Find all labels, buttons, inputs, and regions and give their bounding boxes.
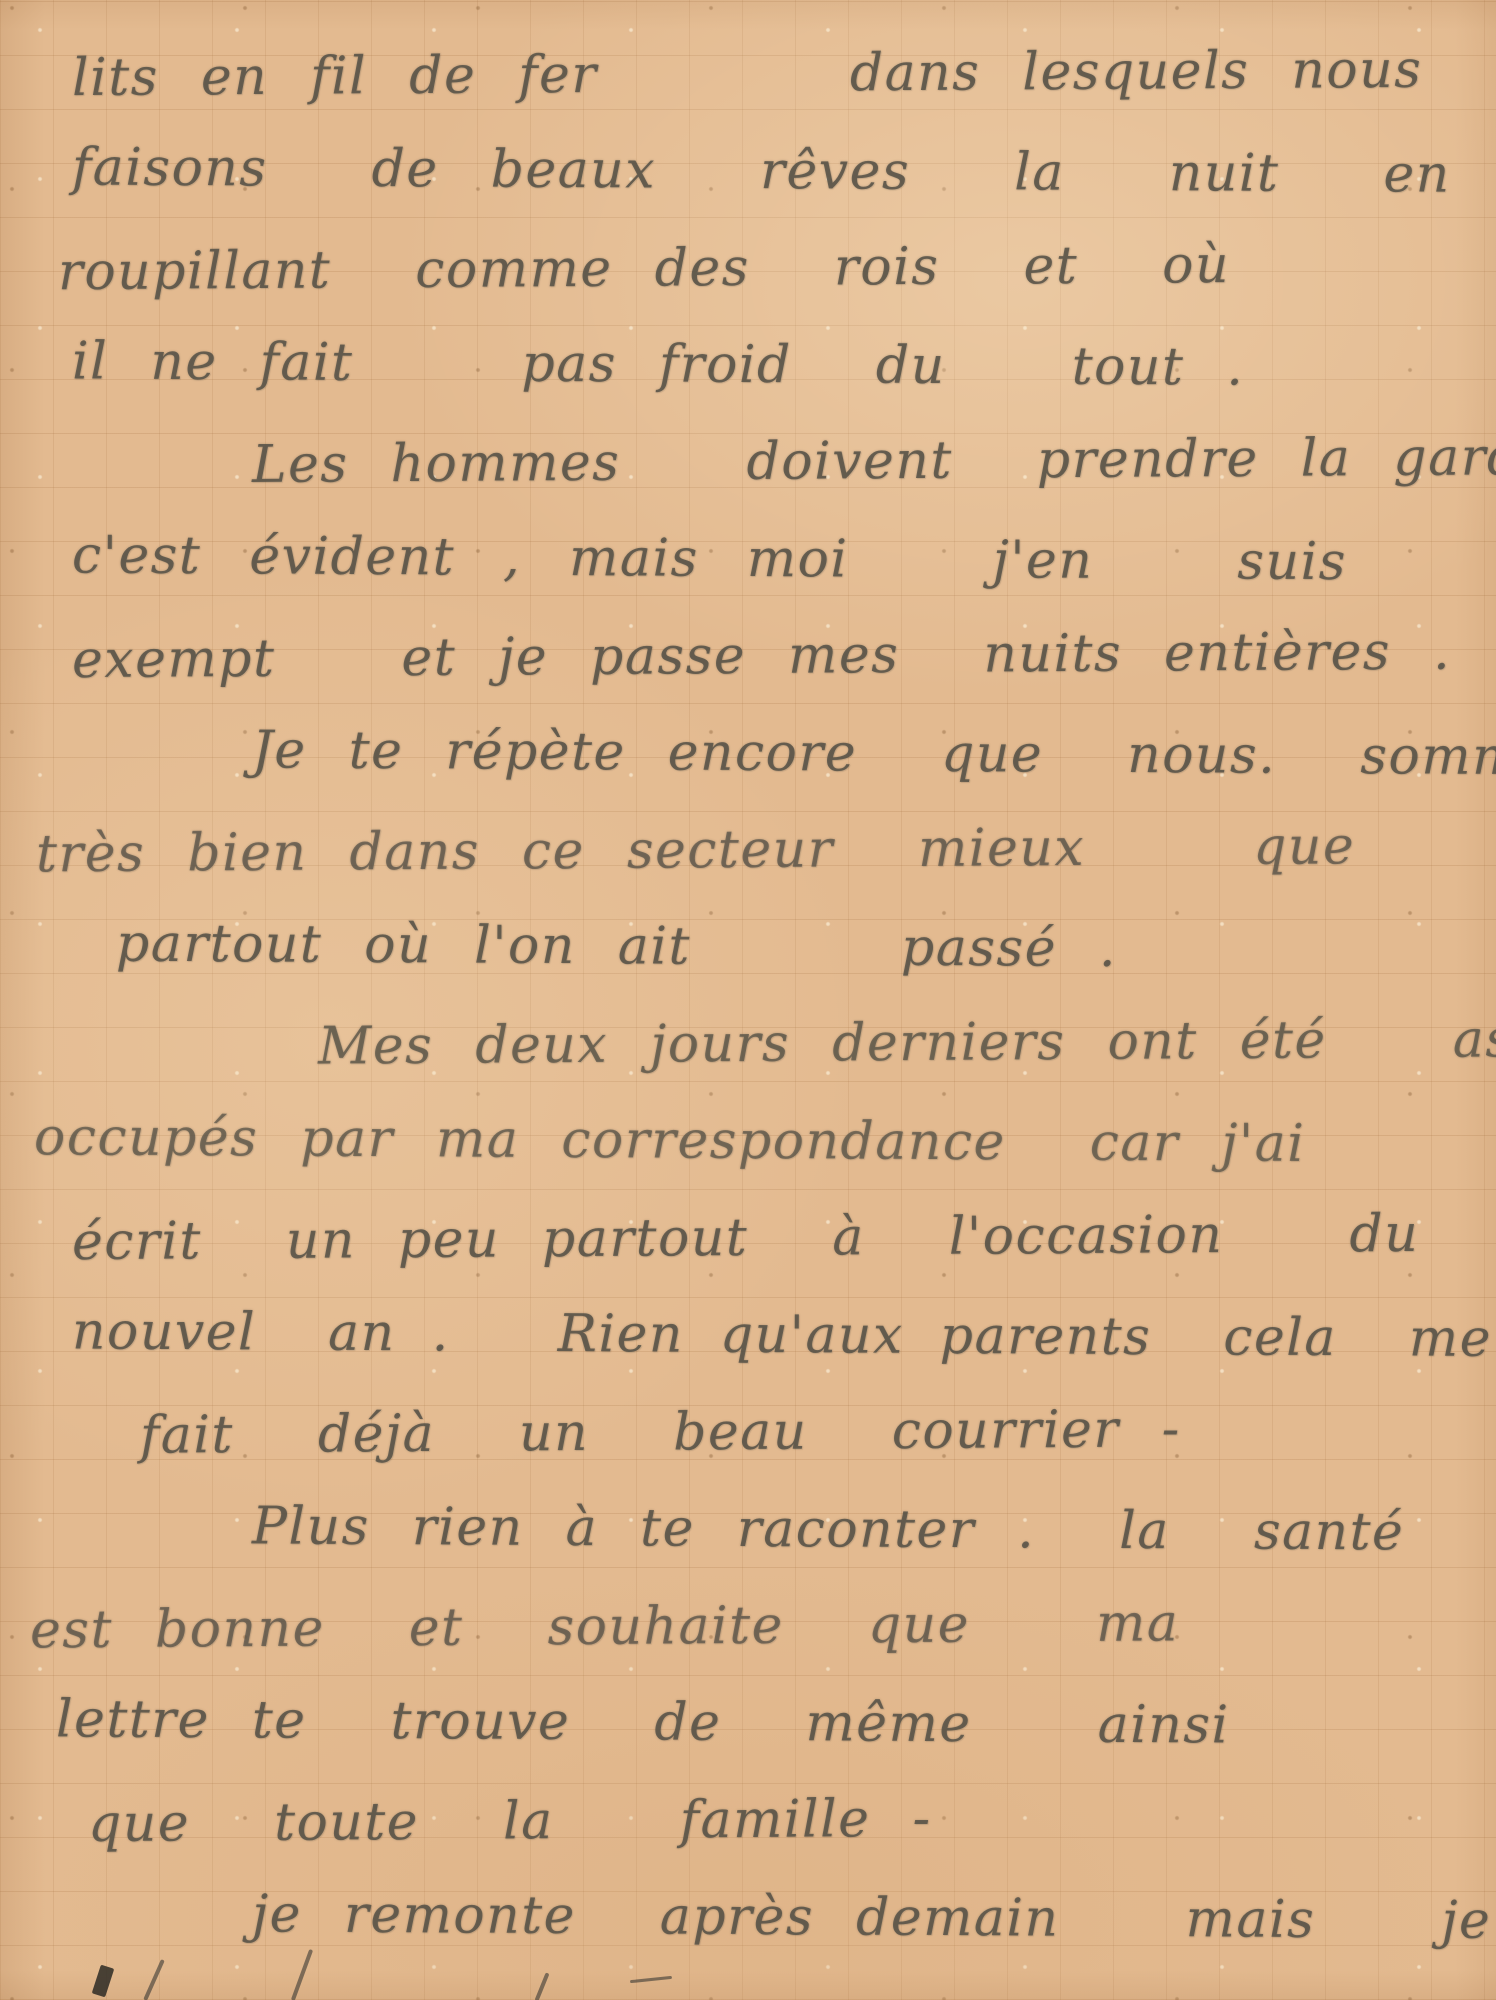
handwritten-line: est bonne et souhaite que ma <box>0 1573 1496 1679</box>
handwritten-line: fait déjà un beau courrier - <box>0 1379 1496 1485</box>
handwritten-line: très bien dans ce secteur mieux que <box>0 797 1496 903</box>
handwritten-line: partout où l'on ait passé . <box>0 895 1496 1000</box>
handwritten-line: écrit un peu partout à l'occasion du <box>0 1185 1496 1291</box>
handwritten-line-paragraph-start: Les hommes doivent prendre la garde <box>0 409 1496 515</box>
handwritten-line: occupés par ma correspondance car j'ai <box>0 1089 1496 1194</box>
handwritten-line: nouvel an . Rien qu'aux parents cela me <box>0 1283 1496 1388</box>
handwritten-line: c'est évident , mais moi j'en suis <box>0 507 1496 612</box>
letter-body: lits en fil de fer dans lesquels nous fa… <box>0 0 1496 2000</box>
handwritten-line-paragraph-start: je remonte après demain mais je <box>0 1865 1496 1970</box>
handwritten-line: roupillant comme des rois et où <box>0 215 1496 321</box>
handwritten-line: que toute la famille - <box>0 1767 1496 1873</box>
handwritten-line: exempt et je passe mes nuits entières . <box>0 603 1496 709</box>
handwritten-line-paragraph-start: Plus rien à te raconter . la santé <box>0 1477 1496 1582</box>
handwritten-line: lettre te trouve de même ainsi <box>0 1671 1496 1776</box>
letter-page: lits en fil de fer dans lesquels nous fa… <box>0 0 1496 2000</box>
handwritten-line: faisons de beaux rêves la nuit en <box>0 119 1496 224</box>
handwritten-line: il ne fait pas froid du tout . <box>0 313 1496 418</box>
handwritten-line: lits en fil de fer dans lesquels nous <box>0 21 1496 127</box>
handwritten-line-paragraph-start: Mes deux jours derniers ont été assez <box>0 991 1496 1097</box>
handwritten-line-paragraph-start: Je te répète encore que nous. sommes <box>0 701 1496 806</box>
